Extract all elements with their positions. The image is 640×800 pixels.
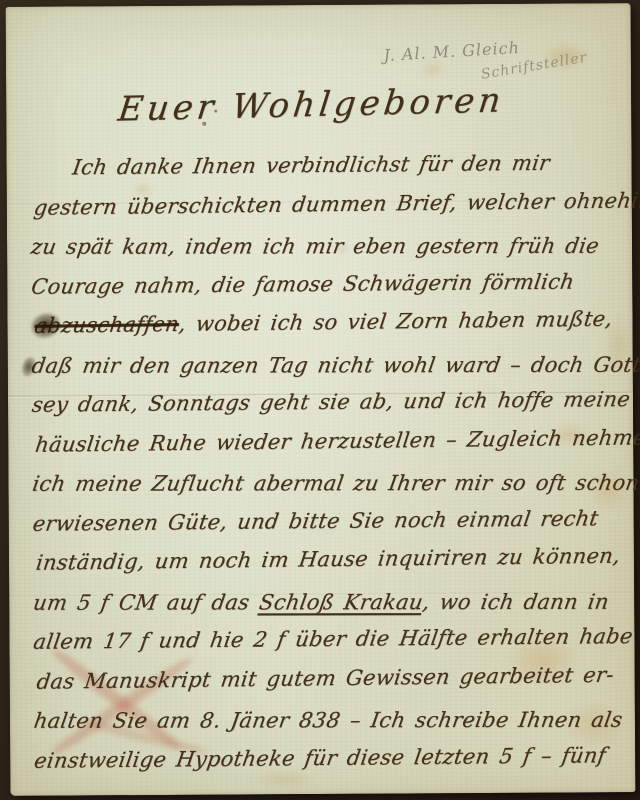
line-text: sey dank, Sonntags geht sie ab, und ich … bbox=[30, 387, 632, 417]
handwriting-line: ich meine Zuflucht abermal zu Ihrer mir … bbox=[29, 464, 623, 505]
line-text: , wo ich dann in bbox=[421, 589, 611, 613]
handwriting-line: allem 17 f und hie 2 f über die Hälfte e… bbox=[31, 617, 625, 662]
handwriting-line: um 5 f CM auf das Schloß Krakau, wo ich … bbox=[30, 582, 624, 623]
handwriting-line: häusliche Ruhe wieder herzustellen – Zug… bbox=[33, 418, 624, 465]
line-text: um 5 f CM auf das bbox=[31, 590, 261, 614]
handwriting-line: gestern überschickten dummen Brief, welc… bbox=[31, 181, 622, 228]
handwriting-line: sey dank, Sonntags geht sie ab, und ich … bbox=[29, 380, 623, 425]
handwriting-line: Ich danke Ihnen verbindlichst für den mi… bbox=[28, 143, 622, 188]
handwriting-line: abzuschaffen, wobei ich so viel Zorn hab… bbox=[32, 300, 623, 347]
line-text: , wobei ich so viel Zorn haben mußte, bbox=[177, 307, 614, 336]
handwriting-line: einstweilige Hypotheke für diese letzten… bbox=[31, 736, 625, 781]
line-text: einstweilige Hypotheke für diese letzten… bbox=[33, 743, 608, 773]
line-text: erwiesenen Güte, und bitte Sie noch einm… bbox=[31, 506, 600, 535]
line-text: das Manuskript mit gutem Gewissen gearbe… bbox=[35, 662, 615, 693]
handwriting-line: das Manuskript mit gutem Gewissen gearbe… bbox=[34, 655, 625, 702]
underlined-title: Schloß Krakau bbox=[257, 590, 424, 614]
photo-backdrop: J. Al. M. Gleich Schriftsteller Euer Woh… bbox=[0, 0, 640, 800]
line-text: allem 17 f und hie 2 f über die Hälfte e… bbox=[32, 624, 635, 654]
handwriting-line: halten Sie am 8. Jäner 838 – Ich schreib… bbox=[31, 701, 625, 742]
line-text: Ich danke Ihnen verbindlichst für den mi… bbox=[71, 151, 551, 180]
pencil-annotation: J. Al. M. Gleich Schriftsteller bbox=[383, 34, 588, 83]
line-text: häusliche Ruhe wieder herzustellen – Zug… bbox=[34, 425, 640, 456]
line-text: daß mir den ganzen Tag nicht wohl ward –… bbox=[30, 352, 640, 377]
handwriting-line: zu spät kam, indem ich mir eben gestern … bbox=[28, 227, 622, 268]
salutation: Euer Wohlgeboren bbox=[116, 80, 507, 129]
line-text: ich meine Zuflucht abermal zu Ihrer mir … bbox=[31, 471, 640, 496]
line-text: zu spät kam, indem ich mir eben gestern … bbox=[29, 234, 600, 259]
line-text: halten Sie am 8. Jäner 838 – Ich schreib… bbox=[32, 708, 624, 733]
struck-word: abzuschaffen bbox=[33, 312, 180, 338]
letter-paper: J. Al. M. Gleich Schriftsteller Euer Woh… bbox=[6, 3, 636, 796]
letter-body: Ich danke Ihnen verbindlichst für den mi… bbox=[30, 145, 622, 781]
line-text: inständig, um noch im Hause inquiriren z… bbox=[35, 544, 622, 575]
line-text: Courage nahm, die famose Schwägerin förm… bbox=[30, 269, 576, 298]
handwriting-line: inständig, um noch im Hause inquiriren z… bbox=[33, 537, 624, 584]
handwriting-line: daß mir den ganzen Tag nicht wohl ward –… bbox=[29, 345, 623, 386]
line-text: gestern überschickten dummen Brief, welc… bbox=[32, 188, 640, 220]
